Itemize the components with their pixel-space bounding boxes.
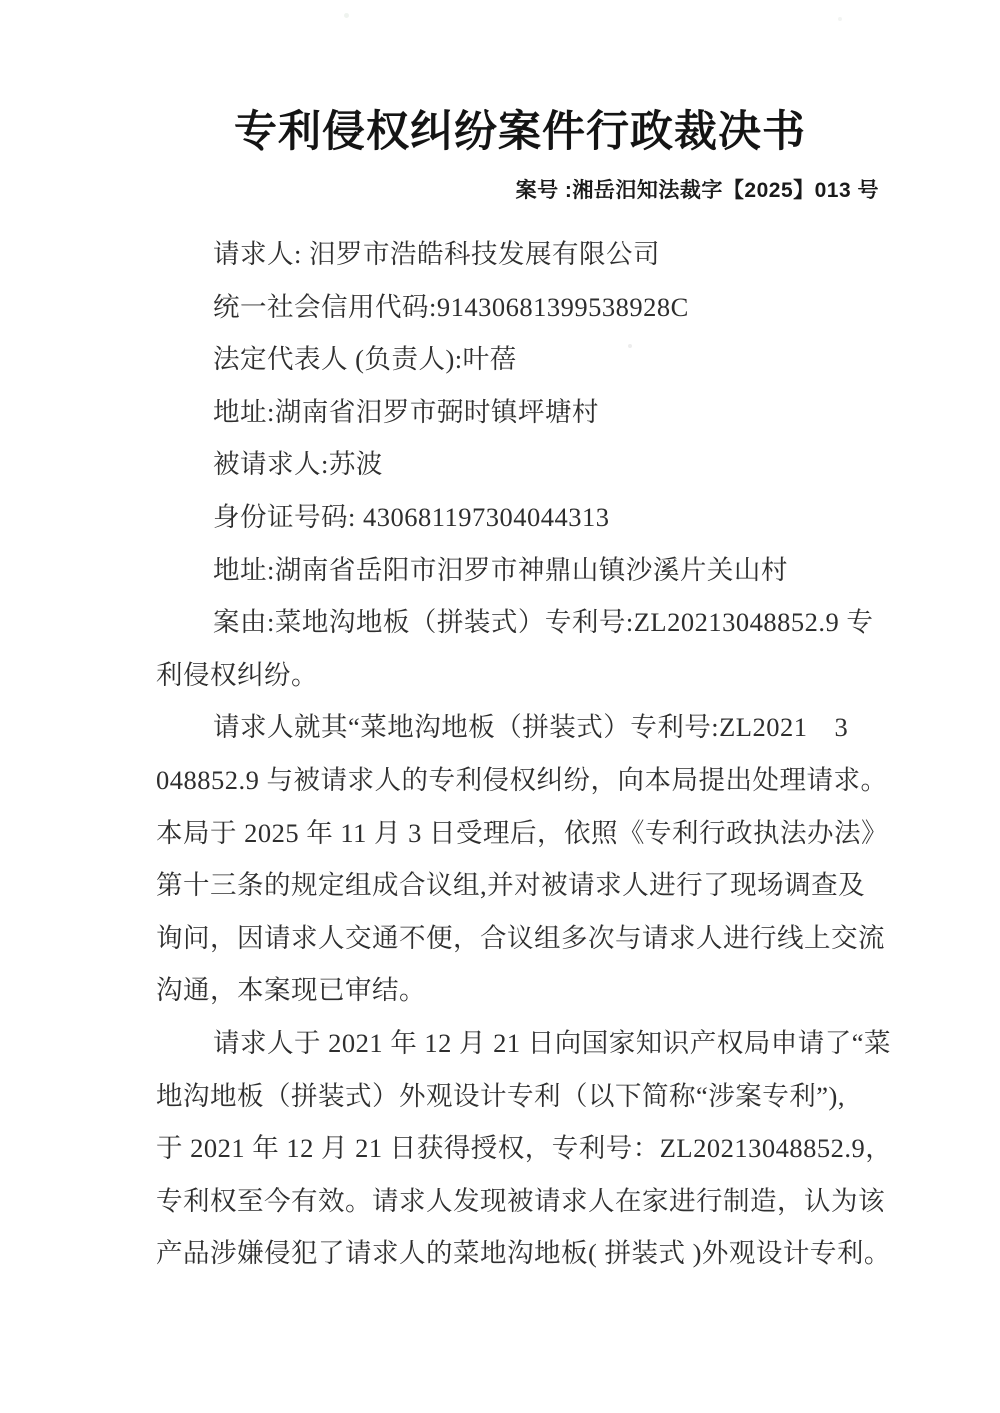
text-line: 本局于 2025 年 11 月 3 日受理后，依照《专利行政执法办法》 <box>156 807 886 860</box>
text-line: 身份证号码: 430681197304044313 <box>156 491 886 544</box>
document-page: 专利侵权纠纷案件行政裁决书 案号 :湘岳汨知法裁字【2025】013 号 请求人… <box>0 0 1000 1413</box>
text-line: 048852.9 与被请求人的专利侵权纠纷，向本局提出处理请求。 <box>156 754 886 807</box>
text-line: 被请求人:苏波 <box>156 438 886 491</box>
text-line: 沟通，本案现已审结。 <box>156 964 886 1017</box>
text-line: 请求人于 2021 年 12 月 21 日向国家知识产权局申请了“菜 <box>156 1017 886 1070</box>
scan-speck <box>344 13 349 18</box>
text-line: 地址:湖南省岳阳市汨罗市神鼎山镇沙溪片关山村 <box>156 544 886 597</box>
scan-speck <box>838 17 842 21</box>
text-line: 统一社会信用代码:91430681399538928C <box>156 281 886 334</box>
document-title: 专利侵权纠纷案件行政裁决书 <box>0 98 1000 159</box>
text-line: 产品涉嫌侵犯了请求人的菜地沟地板( 拼装式 )外观设计专利。 <box>156 1227 886 1280</box>
text-line: 案由:菜地沟地板（拼装式）专利号:ZL20213048852.9 专 <box>156 596 886 649</box>
text-line: 请求人就其“菜地沟地板（拼装式）专利号:ZL2021 3 <box>156 701 886 754</box>
text-line: 法定代表人 (负责人):叶蓓 <box>156 333 886 386</box>
document-body: 请求人: 汨罗市浩皓科技发展有限公司统一社会信用代码:9143068139953… <box>156 228 886 1280</box>
case-number: 案号 :湘岳汨知法裁字【2025】013 号 <box>516 174 879 204</box>
text-line: 请求人: 汨罗市浩皓科技发展有限公司 <box>156 228 886 281</box>
text-line: 地址:湖南省汨罗市弼时镇坪塘村 <box>156 386 886 439</box>
text-line: 第十三条的规定组成合议组,并对被请求人进行了现场调查及 <box>156 859 886 912</box>
text-line: 专利权至今有效。请求人发现被请求人在家进行制造，认为该 <box>156 1175 886 1228</box>
text-line: 地沟地板（拼装式）外观设计专利（以下简称“涉案专利”), <box>156 1070 886 1123</box>
text-line: 利侵权纠纷。 <box>156 649 886 702</box>
text-line: 询问，因请求人交通不便，合议组多次与请求人进行线上交流 <box>156 912 886 965</box>
text-line: 于 2021 年 12 月 21 日获得授权，专利号：ZL20213048852… <box>156 1122 886 1175</box>
